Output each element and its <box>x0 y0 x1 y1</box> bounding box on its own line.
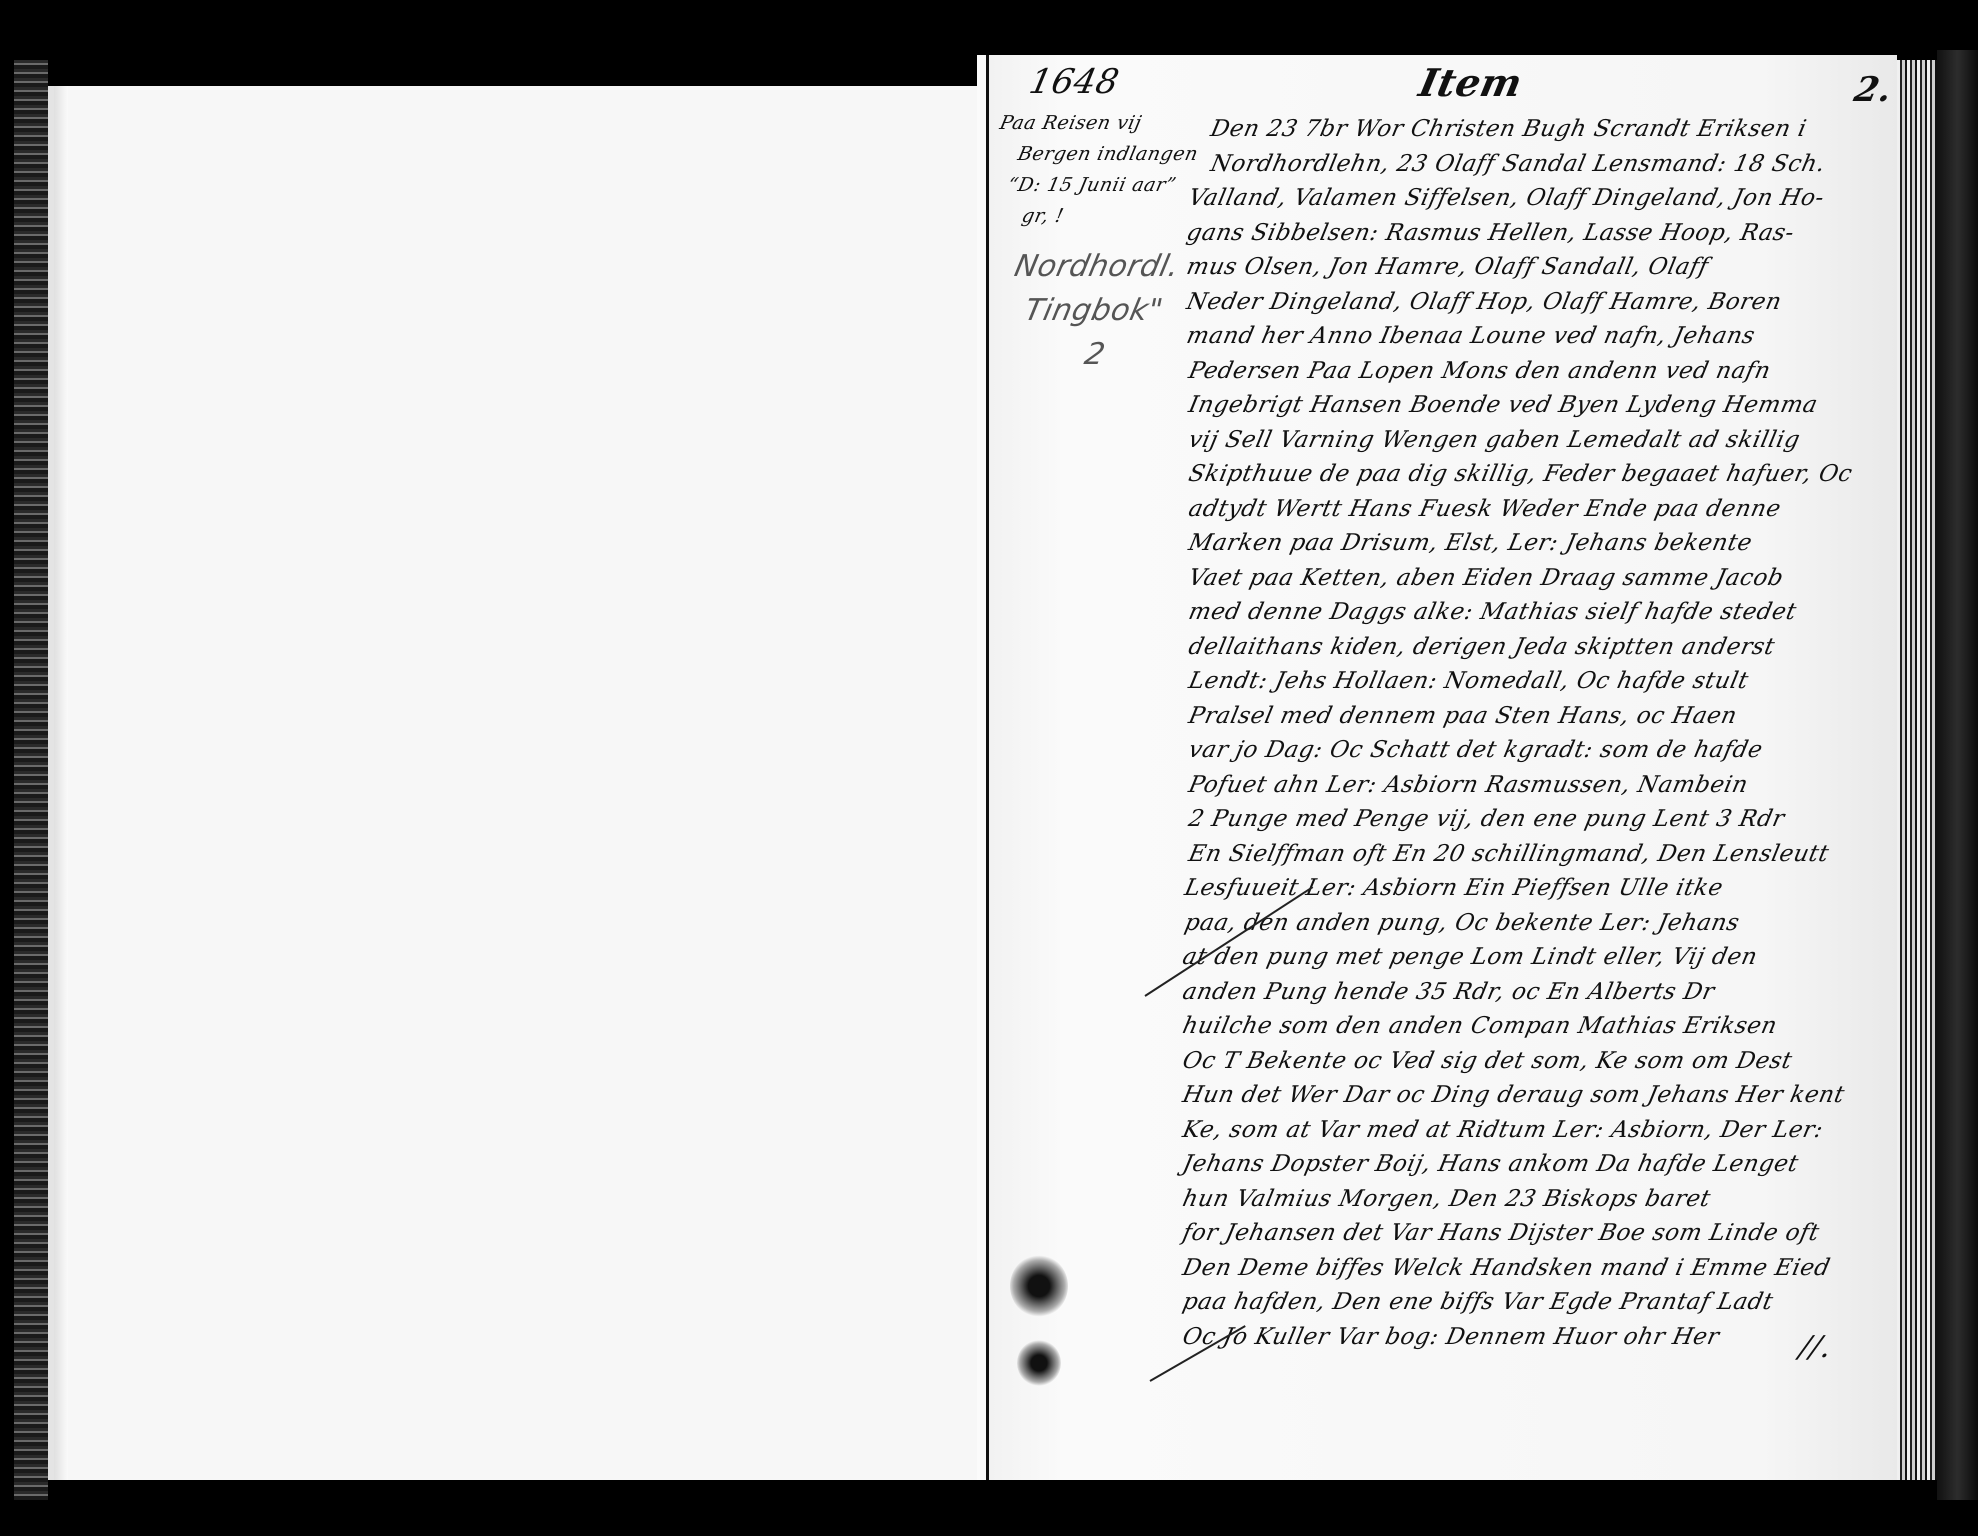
margin-note-line: “D: 15 Junii aar” <box>1005 170 1212 201</box>
right-book-cover-edge <box>1937 50 1978 1500</box>
year-annotation: 1648 <box>1026 62 1123 102</box>
margin-note: Paa Reisen vij Bergen indlangen “D: 15 J… <box>1000 108 1200 232</box>
left-book-binding <box>14 60 48 1500</box>
body-line: Oc Jo Kuller Var bog: Dennem Huor ohr He… <box>1179 1316 1724 1358</box>
archive-note-line: Nordhordl. <box>1010 245 1209 289</box>
ink-blot <box>1010 1255 1068 1317</box>
left-page-fold <box>54 86 68 1480</box>
entry-heading: Item <box>1415 60 1526 105</box>
margin-note-line: Paa Reisen vij <box>997 108 1204 139</box>
ink-blot <box>1017 1340 1061 1386</box>
left-page-blank <box>48 86 977 1480</box>
stacked-page-edges <box>1897 60 1937 1480</box>
book-spine-gutter <box>977 55 989 1480</box>
page-number: 2. <box>1851 70 1896 110</box>
margin-note-line: Bergen indlangen <box>1015 139 1222 170</box>
archive-pencil-note: Nordhordl. Tingbok" 2 <box>1015 245 1205 377</box>
